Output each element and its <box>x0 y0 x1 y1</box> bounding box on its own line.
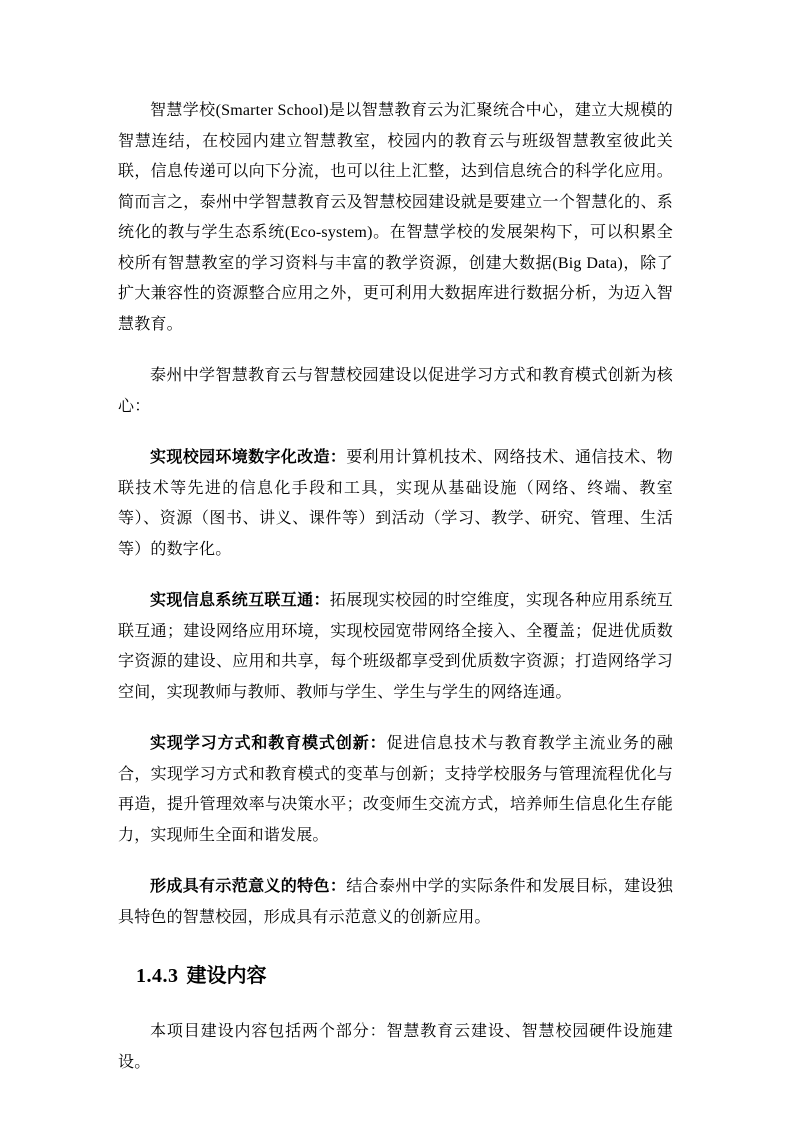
paragraph-lead: 实现学习方式和教育模式创新： <box>150 735 387 752</box>
paragraph-lead: 实现校园环境数字化改造： <box>150 449 346 466</box>
paragraph-text: 泰州中学智慧教育云与智慧校园建设以促进学习方式和教育模式创新为核心： <box>118 367 673 415</box>
paragraph-text: 智慧学校(Smarter School)是以智慧教育云为汇聚统合中心，建立大规模… <box>118 102 673 333</box>
paragraph-text: 本项目建设内容包括两个部分：智慧教育云建设、智慧校园硬件设施建设。 <box>118 1023 673 1071</box>
paragraph-lead: 形成具有示范意义的特色： <box>150 878 346 895</box>
paragraph: 泰州中学智慧教育云与智慧校园建设以促进学习方式和教育模式创新为核心： <box>118 361 673 422</box>
paragraph: 实现校园环境数字化改造：要利用计算机技术、网络技术、通信技术、物联技术等先进的信… <box>118 443 673 565</box>
section-title: 建设内容 <box>187 965 267 987</box>
paragraph-lead: 实现信息系统互联互通： <box>150 592 330 609</box>
section-heading: 1.4.3建设内容 <box>136 961 673 991</box>
document-body: 智慧学校(Smarter School)是以智慧教育云为汇聚统合中心，建立大规模… <box>118 96 673 1099</box>
paragraph: 形成具有示范意义的特色：结合泰州中学的实际条件和发展目标，建设独具特色的智慧校园… <box>118 872 673 933</box>
paragraph: 本项目建设内容包括两个部分：智慧教育云建设、智慧校园硬件设施建设。 <box>118 1017 673 1078</box>
paragraph: 实现信息系统互联互通：拓展现实校园的时空维度，实现各种应用系统互联互通；建设网络… <box>118 586 673 708</box>
paragraph: 智慧学校(Smarter School)是以智慧教育云为汇聚统合中心，建立大规模… <box>118 96 673 340</box>
paragraph: 实现学习方式和教育模式创新：促进信息技术与教育教学主流业务的融合，实现学习方式和… <box>118 729 673 851</box>
document-page: 智慧学校(Smarter School)是以智慧教育云为汇聚统合中心，建立大规模… <box>0 0 793 1122</box>
section-number: 1.4.3 <box>136 965 179 987</box>
